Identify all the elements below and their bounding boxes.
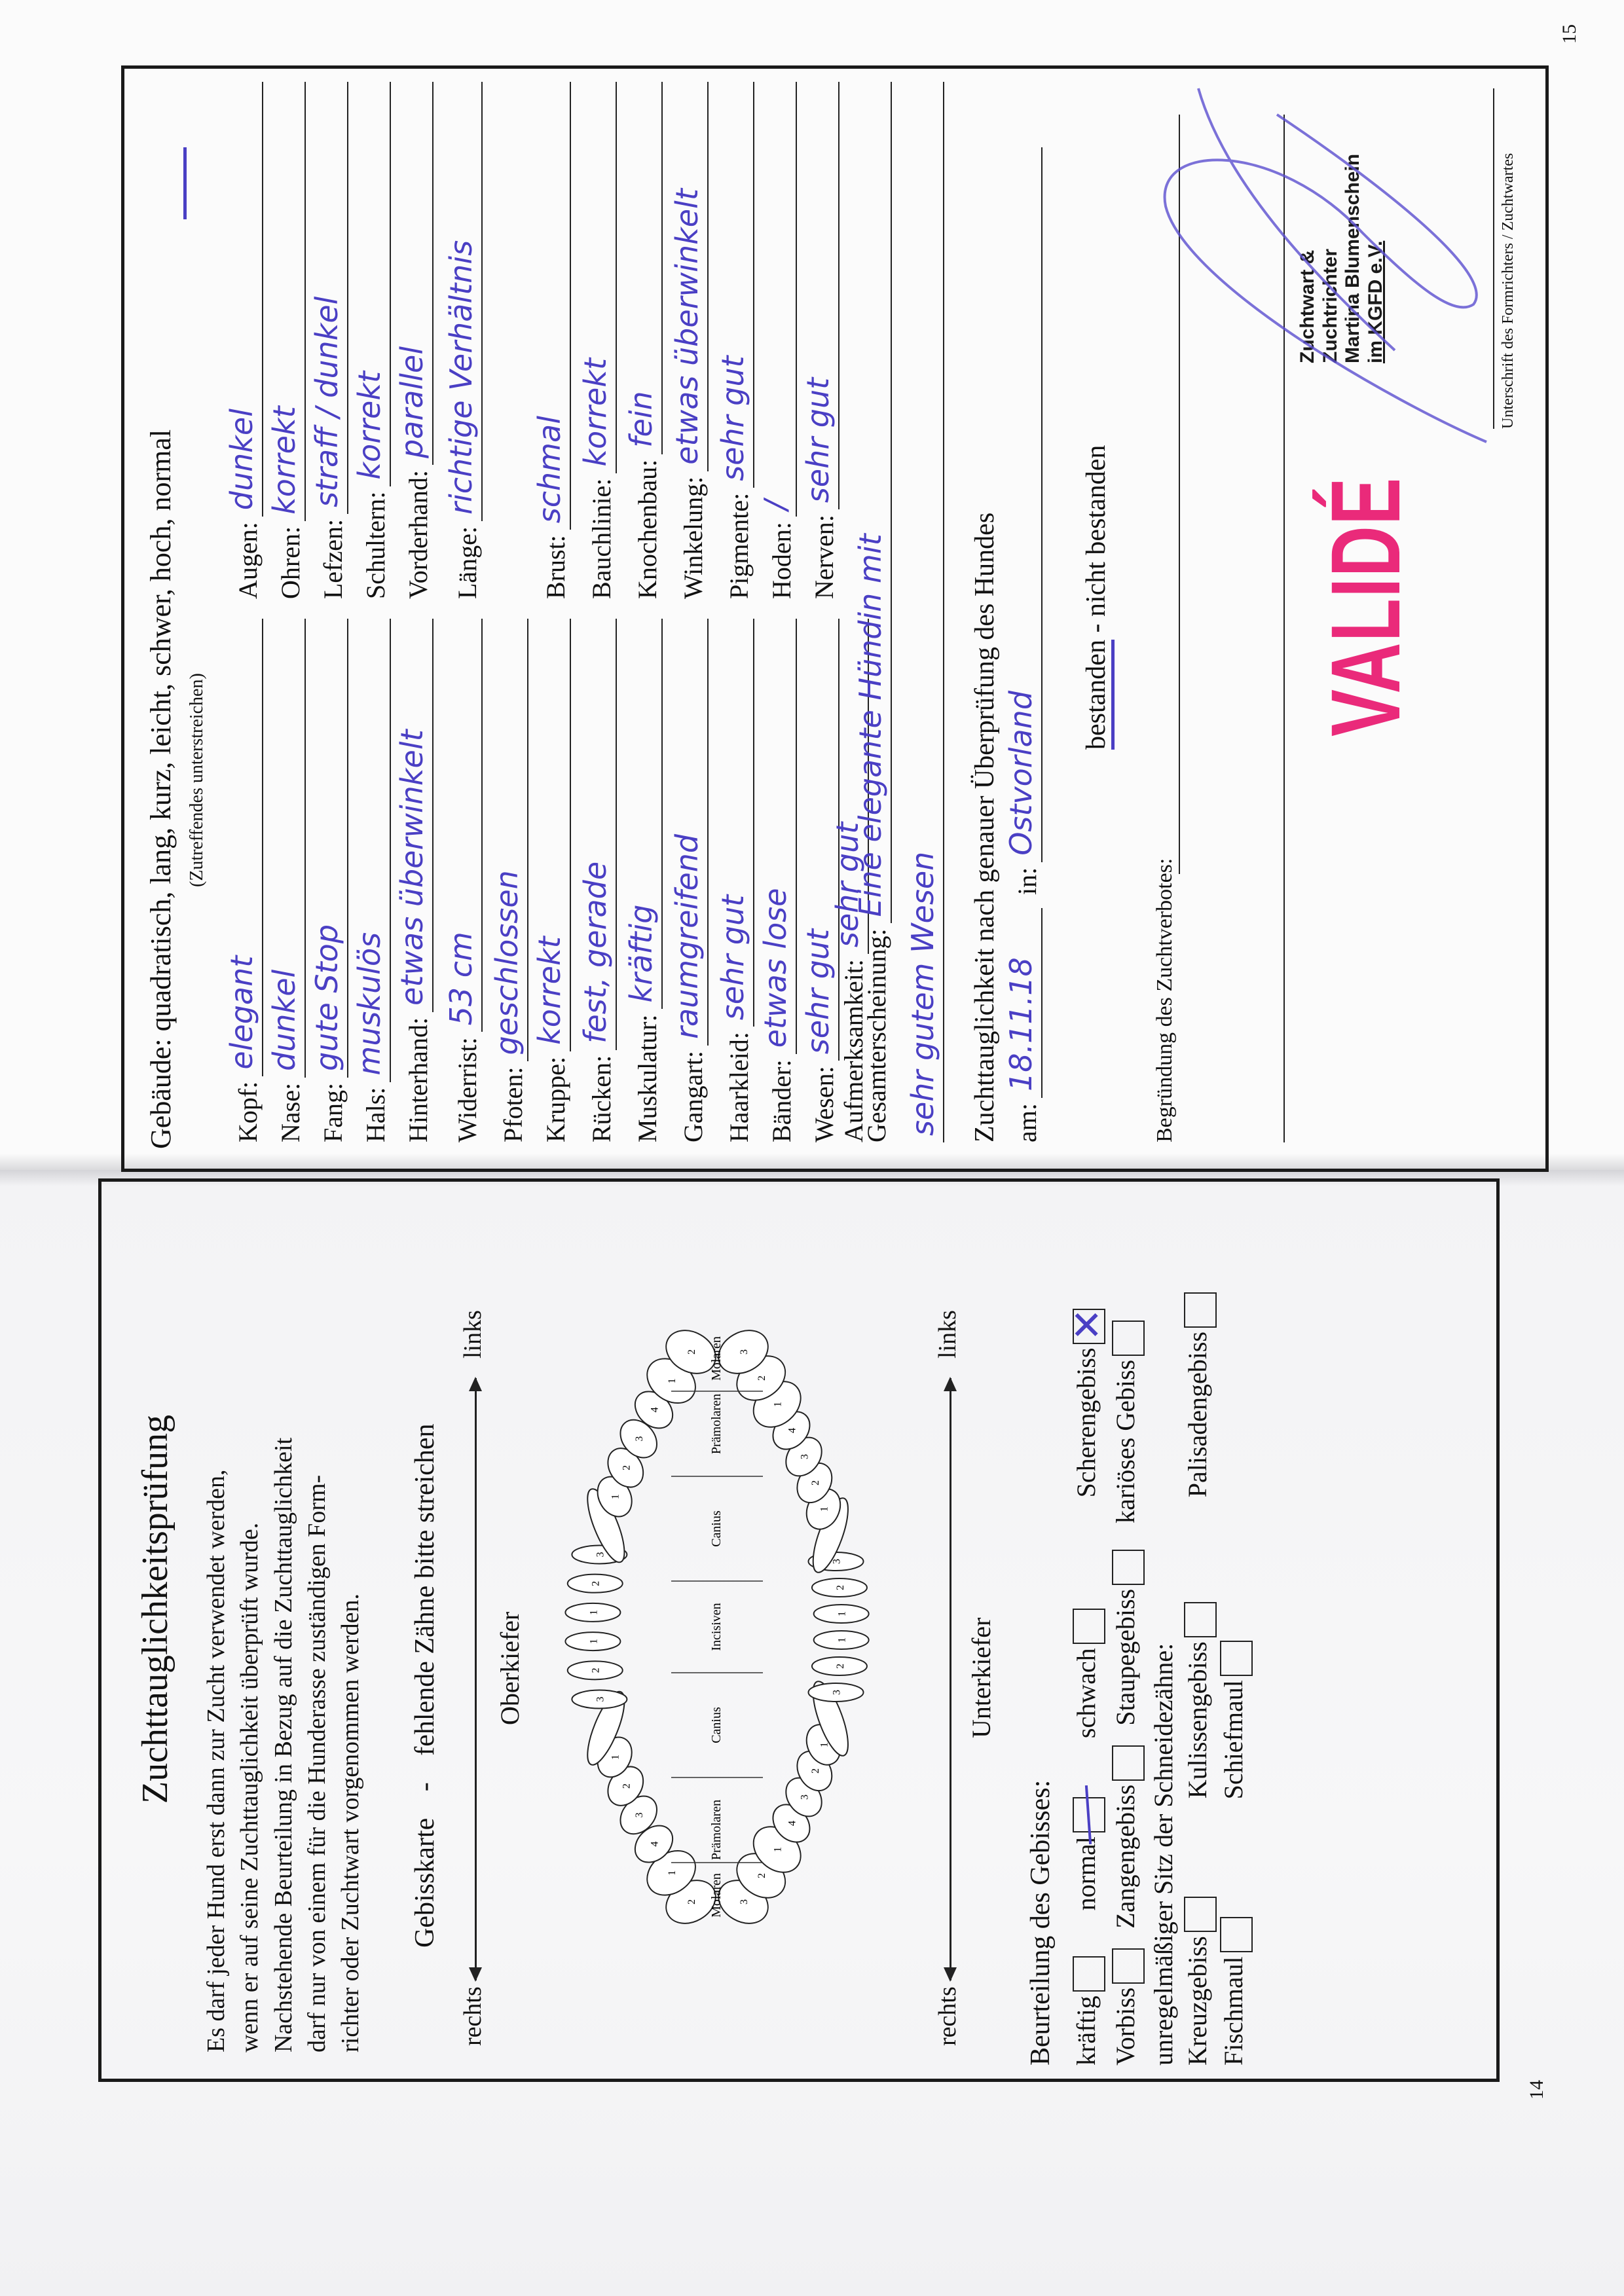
verdict-intro: Zuchttauglichkeit nach genauer Überprüfu… [969, 513, 1001, 1142]
field-value[interactable]: sehr gut [714, 82, 754, 488]
field-knochenbau: Knochenbau:fein [622, 82, 663, 599]
svg-text:3: 3 [595, 1552, 606, 1557]
gesamterscheinung-value-2[interactable]: sehr gutem Wesen [904, 82, 944, 1142]
lower-direction-arrow [950, 1378, 951, 1980]
svg-text:3: 3 [800, 1795, 811, 1800]
tooth[interactable]: 1 [814, 1605, 869, 1623]
field-fang: Fang:gute Stop [308, 619, 348, 1142]
tooth-group-label: Prämolaren [709, 1394, 724, 1454]
field-kruppe: Kruppe:korrekt [530, 619, 571, 1142]
field-value[interactable]: muskulös [350, 619, 391, 1082]
field-laenge: Länge:richtige Verhältnis [442, 82, 483, 599]
svg-text:4: 4 [649, 1407, 660, 1412]
svg-text:1: 1 [819, 1506, 830, 1512]
tooth-group-label: Molaren [709, 1336, 724, 1381]
field-value[interactable]: elegant [223, 619, 263, 1076]
svg-text:1: 1 [667, 1378, 678, 1383]
field-haarkleid: Haarkleid:sehr gut [714, 619, 754, 1142]
field-value[interactable]: richtige Verhältnis [442, 82, 483, 521]
page-15-box: Gebäude: quadratisch, lang, kurz, leicht… [121, 65, 1549, 1172]
verdict-date-place: am: 18.11.18 in: Ostvorland [1002, 147, 1043, 1142]
field-muskulatur: Muskulatur:kräftig [622, 619, 663, 1142]
field-baender: Bänder:etwas lose [756, 619, 797, 1142]
field-value[interactable]: sehr gut [799, 82, 840, 509]
verdict-place[interactable]: Ostvorland [1002, 147, 1043, 862]
svg-text:1: 1 [773, 1847, 784, 1852]
svg-text:3: 3 [595, 1697, 606, 1702]
fischmaul-checkbox[interactable] [1220, 1917, 1253, 1952]
svg-text:2: 2 [591, 1581, 602, 1586]
page-14-box: Zuchttauglichkeitsprüfung Es darf jeder … [98, 1178, 1500, 2082]
svg-text:2: 2 [835, 1664, 846, 1669]
svg-text:1: 1 [667, 1870, 678, 1876]
svg-text:1: 1 [588, 1610, 599, 1615]
tooth[interactable]: 3 [572, 1690, 627, 1709]
field-kopf: Kopf:elegant [223, 619, 263, 1142]
tooth-group-label: Canius [709, 1510, 724, 1547]
staupegebiss-checkbox[interactable] [1112, 1550, 1145, 1585]
vorbiss-checkbox[interactable] [1112, 1948, 1145, 1984]
svg-text:3: 3 [831, 1690, 842, 1695]
field-value[interactable]: parallel [393, 82, 434, 465]
lower-left-label: links [933, 1310, 962, 1358]
svg-text:2: 2 [591, 1667, 602, 1673]
svg-text:1: 1 [773, 1402, 784, 1407]
beurteilung-heading: Beurteilung des Gebisses: [1025, 1780, 1056, 2066]
field-value[interactable]: etwas lose [756, 619, 797, 1054]
field-value[interactable]: / [756, 82, 797, 517]
rotated-document-spread: 14 Zuchttauglichkeitsprüfung Es darf jed… [0, 0, 1624, 2296]
svg-text:2: 2 [686, 1349, 697, 1355]
karioeses-gebiss-checkbox[interactable] [1112, 1321, 1145, 1356]
field-value[interactable]: etwas überwinkelt [393, 619, 434, 1012]
svg-text:2: 2 [621, 1783, 632, 1789]
tooth-group-label: Prämolaren [709, 1800, 724, 1860]
bite-row-1: kräftig normal schwach Scherengebiss [1071, 1302, 1105, 2066]
field-value[interactable]: geschlossen [488, 619, 528, 1061]
field-lefzen: Lefzen:straff / dunkel [308, 82, 348, 599]
tooth-group-label: Molaren [709, 1873, 724, 1918]
verdict-result: bestanden - nicht bestanden [1080, 445, 1112, 750]
field-value[interactable]: raumgreifend [668, 619, 709, 1046]
field-nase: Nase:dunkel [265, 619, 306, 1142]
handwritten-signature [1146, 62, 1526, 481]
tooth[interactable]: 2 [812, 1657, 867, 1675]
unterkiefer-label: Unterkiefer [966, 1618, 997, 1738]
field-value[interactable]: etwas überwinkelt [668, 82, 709, 471]
field-widerrist: Widerrist:53 cm [442, 619, 483, 1142]
field-gangart: Gangart:raumgreifend [668, 619, 709, 1142]
gebaeude-hint: (Zutreffendes unterstreichen) [187, 673, 208, 887]
field-value[interactable]: korrekt [350, 82, 391, 486]
field-value[interactable]: korrekt [530, 619, 571, 1051]
page-number-15: 15 [1559, 24, 1581, 44]
field-schultern: Schultern:korrekt [350, 82, 391, 599]
field-ruecken: Rücken:fest, gerade [576, 619, 617, 1142]
irregular-row-2: Fischmaul Schiefmaul [1218, 1634, 1253, 2066]
begruendung-label: Begründung des Zuchtverbotes: [1153, 858, 1177, 1142]
schiefmaul-checkbox[interactable] [1220, 1641, 1253, 1676]
tooth[interactable]: 2 [568, 1575, 623, 1593]
svg-text:1: 1 [837, 1611, 848, 1616]
field-value[interactable]: fein [622, 82, 663, 454]
irregular-row-1: Kreuzgebiss Kulissengebiss Palisadengebi… [1182, 1286, 1217, 2066]
bite-row-2: Vorbiss Zangengebiss Staupegebiss kariös… [1110, 1314, 1145, 2066]
field-brust: Brust:schmal [530, 82, 571, 599]
tooth[interactable]: 3 [808, 1683, 863, 1702]
field-hinterhand: Hinterhand:etwas überwinkelt [393, 619, 434, 1142]
kraeftig-checkbox[interactable] [1073, 1956, 1105, 1992]
field-value[interactable]: sehr gut [714, 619, 754, 1027]
tooth[interactable]: 2 [812, 1578, 867, 1597]
field-value[interactable]: dunkel [265, 619, 306, 1078]
svg-text:2: 2 [810, 1480, 821, 1485]
svg-text:1: 1 [588, 1639, 599, 1644]
tooth-group-label: Canius [709, 1707, 724, 1743]
field-hals: Hals:muskulös [350, 619, 391, 1142]
svg-text:3: 3 [831, 1559, 842, 1564]
svg-text:2: 2 [756, 1873, 767, 1878]
svg-text:3: 3 [739, 1899, 750, 1904]
svg-text:3: 3 [634, 1436, 645, 1442]
field-pfoten: Pfoten:geschlossen [488, 619, 528, 1142]
svg-text:4: 4 [649, 1842, 660, 1847]
svg-text:3: 3 [739, 1349, 750, 1355]
field-value[interactable]: schmal [530, 82, 571, 530]
tooth-group-label: Incisiven [709, 1603, 724, 1650]
field-gesamterscheinung: Gesamterscheinung: Eine elegante Hündin … [851, 82, 892, 1142]
field-value[interactable]: gute Stop [308, 619, 348, 1078]
field-value[interactable]: straff / dunkel [308, 82, 348, 514]
svg-text:3: 3 [800, 1454, 811, 1459]
field-value[interactable]: kräftig [622, 619, 663, 1009]
svg-text:2: 2 [686, 1899, 697, 1904]
verdict-failed[interactable]: nicht bestanden [1081, 445, 1111, 617]
svg-text:1: 1 [610, 1755, 621, 1760]
svg-text:1: 1 [819, 1742, 830, 1747]
field-gesamterscheinung-line-2: sehr gutem Wesen [904, 82, 944, 1142]
svg-text:4: 4 [786, 1821, 798, 1826]
tooth[interactable]: 2 [568, 1661, 623, 1679]
svg-text:2: 2 [756, 1376, 767, 1381]
field-bauchlinie: Bauchlinie:korrekt [576, 82, 617, 599]
svg-text:1: 1 [837, 1637, 848, 1643]
verdict-date[interactable]: 18.11.18 [1002, 908, 1043, 1098]
normal-checkbox[interactable] [1073, 1797, 1105, 1832]
svg-text:2: 2 [810, 1768, 821, 1774]
svg-text:2: 2 [621, 1465, 632, 1470]
page-number-14: 14 [1526, 2080, 1548, 2100]
palisadengebiss-checkbox[interactable] [1184, 1292, 1217, 1328]
gesamterscheinung-value[interactable]: Eine elegante Hündin mit [851, 82, 892, 923]
svg-text:4: 4 [786, 1428, 798, 1433]
kreuzgebiss-checkbox[interactable] [1184, 1897, 1217, 1932]
field-value[interactable]: 53 cm [442, 619, 483, 1032]
field-pigmente: Pigmente:sehr gut [714, 82, 754, 599]
field-augen: Augen:dunkel [223, 82, 263, 599]
schwach-checkbox[interactable] [1073, 1609, 1105, 1644]
kulissengebiss-checkbox[interactable] [1184, 1602, 1217, 1637]
field-value[interactable]: fest, gerade [576, 619, 617, 1050]
field-ohren: Ohren:korrekt [265, 82, 306, 599]
field-value[interactable]: dunkel [223, 82, 263, 517]
valide-stamp: VALIDÉ [1316, 477, 1414, 737]
svg-text:3: 3 [634, 1812, 645, 1817]
normal-underline [183, 147, 187, 219]
lower-right-label: rechts [933, 1986, 962, 2046]
field-nerven: Nerven:sehr gut [799, 82, 840, 599]
tooth[interactable]: 1 [814, 1631, 869, 1649]
gebaeude-line: Gebäude: quadratisch, lang, kurz, leicht… [144, 429, 177, 1149]
tooth[interactable]: 1 [565, 1603, 620, 1622]
field-hoden: Hoden:/ [756, 82, 797, 599]
field-value[interactable]: korrekt [576, 82, 617, 473]
field-winkelung: Winkelung:etwas überwinkelt [668, 82, 709, 599]
svg-text:1: 1 [610, 1494, 621, 1499]
svg-text:2: 2 [835, 1585, 846, 1590]
scherengebiss-checkbox[interactable] [1073, 1309, 1105, 1344]
irregular-label: unregelmäßiger Sitz der Schneidezähne: [1148, 1643, 1179, 2066]
tooth[interactable]: 1 [565, 1632, 620, 1650]
field-vorderhand: Vorderhand:parallel [393, 82, 434, 599]
zangengebiss-checkbox[interactable] [1112, 1745, 1145, 1781]
verdict-passed[interactable]: bestanden [1081, 640, 1115, 750]
field-value[interactable]: korrekt [265, 82, 306, 521]
